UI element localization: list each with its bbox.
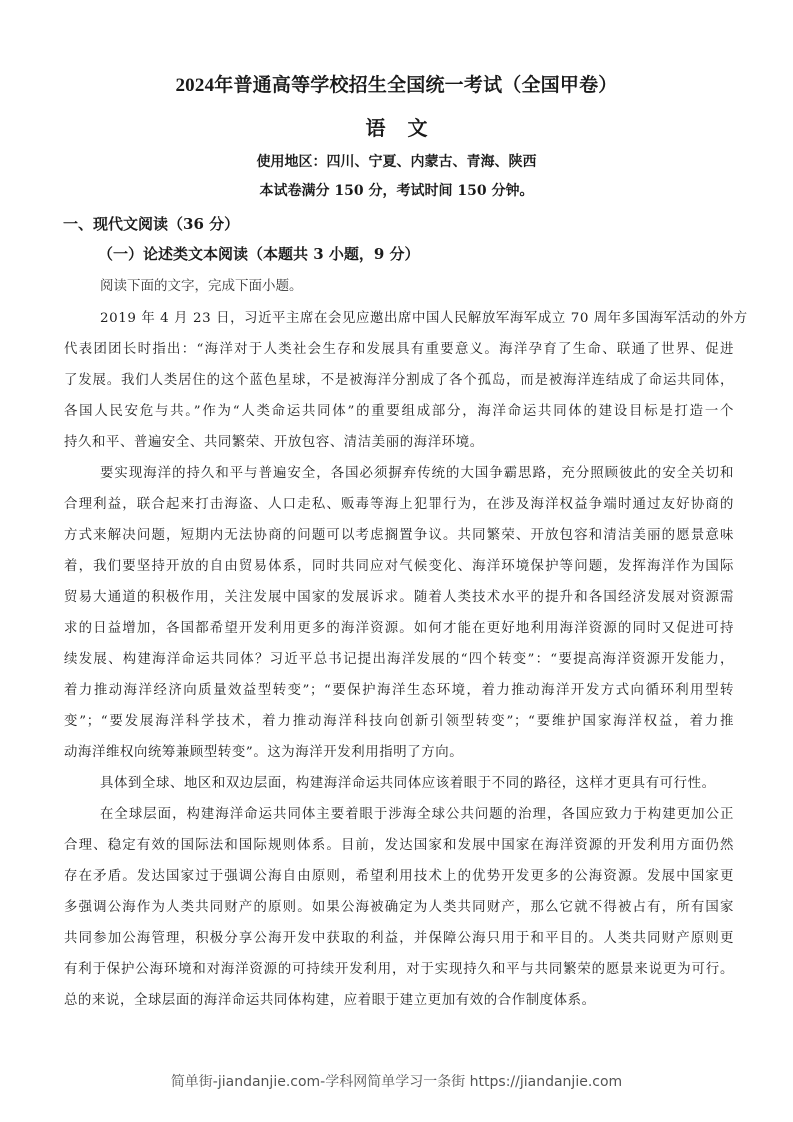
footer-watermark: 简单街-jiandanjie.com-学科网简单学习一条街 https://ji… [0,1071,793,1091]
passage-line: 了发展。我们人类居住的这个蓝色星球，不是被海洋分割成了各个孤岛，而是被海洋连结成… [64,369,734,388]
subject-char-1: 语 [366,116,386,140]
passage-line: 在全球层面，构建海洋命运共同体主要着眼于涉海全球公共问题的治理，各国应致力于构建… [100,803,734,822]
subject-title: 语文 [0,112,793,141]
passage-line: 方式来解决问题，短期内无法协商的问题可以考虑搁置争议。共同繁荣、开放包容和清洁美… [64,524,734,543]
passage-line: 合理利益，联合起来打击海盗、人口走私、贩毒等海上犯罪行为，在涉及海洋权益争端时通… [64,493,734,512]
exam-info-line: 本试卷满分 150 分，考试时间 150 分钟。 [0,180,793,200]
passage-line: 2019 年 4 月 23 日，习近平主席在会见应邀出席中国人民解放军海军成立 … [100,307,734,326]
passage-line: 着，我们要坚持开放的自由贸易体系，同时共同应对气候变化、海洋环境保护等问题，发挥… [64,555,734,574]
passage-line: 共同参加公海管理，积极分享公海开发中获取的利益，并保障公海只用于和平目的。人类共… [64,927,734,946]
passage-line: 贸易大通道的积极作用，关注发展中国家的发展诉求。随着人类技术水平的提升和各国经济… [64,586,734,605]
passage-line: 合理、稳定有效的国际法和国际规则体系。目前，发达国家和发展中国家在海洋资源的开发… [64,834,734,853]
regions-line: 使用地区：四川、宁夏、内蒙古、青海、陕西 [0,151,793,171]
passage-line: 具体到全球、地区和双边层面，构建海洋命运共同体应该着眼于不同的路径，这样才更具有… [100,772,734,791]
passage-line: 动海洋维权向统筹兼顾型转变”。这为海洋开发利用指明了方向。 [64,741,734,760]
passage-line: 续发展、构建海洋命运共同体？习近平总书记提出海洋发展的“四个转变”：“要提高海洋… [64,648,734,667]
passage-line: 变”；“要发展海洋科学技术，着力推动海洋科技向创新引领型转变”；“要维护国家海洋… [64,710,734,729]
passage-line: 各国人民安危与共。”作为“人类命运共同体”的重要组成部分，海洋命运共同体的建设目… [64,400,734,419]
passage-line: 存在矛盾。发达国家过于强调公海自由原则，希望利用技术上的优势开发更多的公海资源。… [64,865,734,884]
subject-char-2: 文 [408,116,428,140]
passage-line: 着力推动海洋经济向质量效益型转变”；“要保护海洋生态环境，着力推动海洋开发方式向… [64,679,734,698]
passage-line: 持久和平、普遍安全、共同繁荣、开放包容、清洁美丽的海洋环境。 [64,431,734,450]
passage-line: 多强调公海作为人类共同财产的原则。如果公海被确定为人类共同财产，那么它就不得被占… [64,896,734,915]
passage-line: 要实现海洋的持久和平与普遍安全，各国必须摒弃传统的大国争霸思路，充分照顾彼此的安… [100,462,734,481]
section-subheading: （一）论述类文本阅读（本题共 3 小题，9 分） [98,243,420,264]
exam-title: 2024年普通高等学校招生全国统一考试（全国甲卷） [0,70,793,97]
passage-line: 总的来说，全球层面的海洋命运共同体构建，应着眼于建立更加有效的合作制度体系。 [64,989,734,1008]
passage-line: 有利于保护公海环境和对海洋资源的可持续开发利用，对于实现持久和平与共同繁荣的愿景… [64,958,734,977]
section-heading: 一、现代文阅读（36 分） [63,213,239,234]
passage-line: 求的日益增加，各国都希望开发利用更多的海洋资源。如何才能在更好地利用海洋资源的同… [64,617,734,636]
passage-line: 代表团团长时指出：“海洋对于人类社会生存和发展具有重要意义。海洋孕育了生命、联通… [64,338,734,357]
instruction-text: 阅读下面的文字，完成下面小题。 [100,274,303,294]
